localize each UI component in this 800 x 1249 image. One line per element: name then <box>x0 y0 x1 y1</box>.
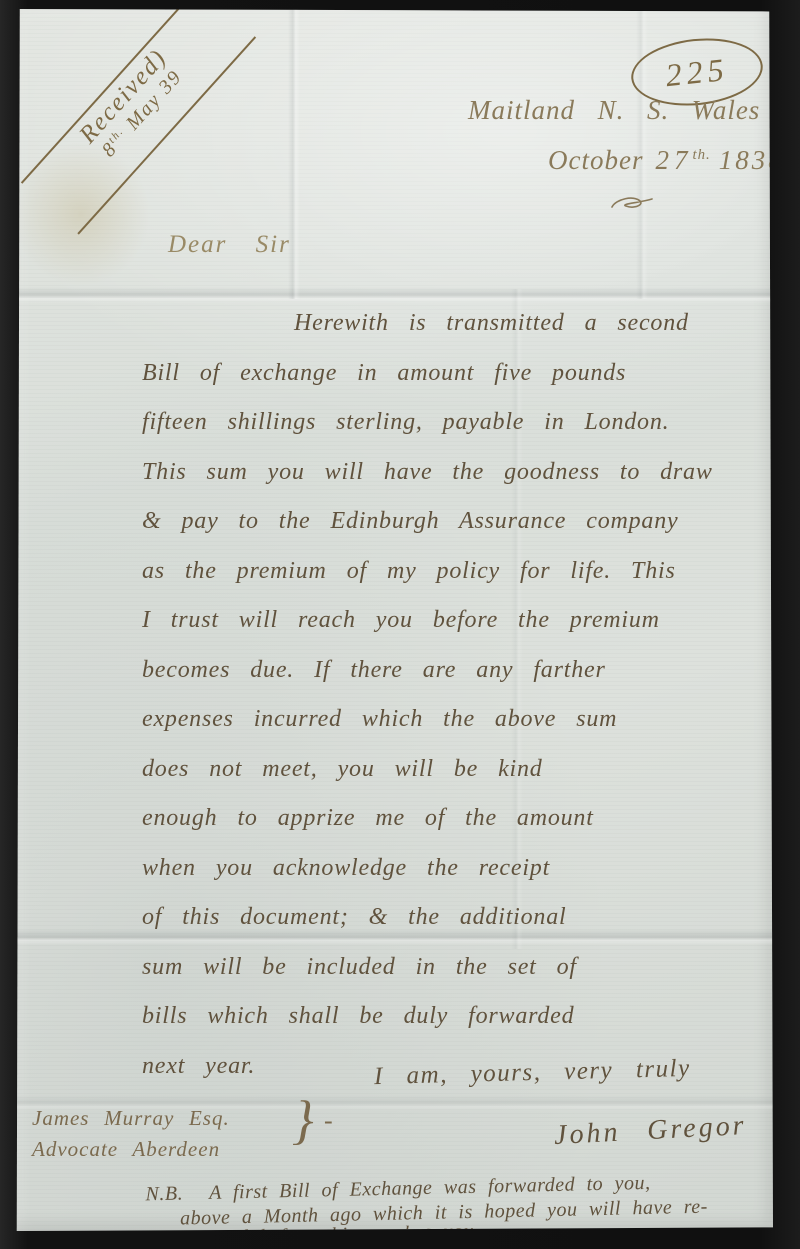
body-line: & pay to the Edinburgh Assurance company <box>142 497 773 547</box>
date-suffix: th. <box>692 147 710 163</box>
body-line: fifteen shillings sterling, payable in L… <box>142 398 773 448</box>
addressee-block: James Murray Esq. Advocate Aberdeen <box>32 1103 230 1165</box>
date-year: 1838 <box>719 145 773 175</box>
body-line: when you acknowledge the receipt <box>142 844 773 894</box>
body-line: expenses incurred which the above sum <box>142 695 773 745</box>
scan-backdrop: Received) 8th. May 39 225 Maitland N. S.… <box>0 0 800 1249</box>
body-line: sum will be included in the set of <box>142 943 773 993</box>
addressee-dash: - <box>324 1106 333 1136</box>
postscript-block: N.B.A first Bill of Exchange was forward… <box>145 1168 773 1231</box>
postscript-label: N.B. <box>145 1182 183 1205</box>
addressee-title: Advocate Aberdeen <box>32 1134 230 1165</box>
body-line: becomes due. If there are any farther <box>142 646 773 696</box>
body-line: Herewith is transmitted a second <box>142 299 773 349</box>
place-line: Maitland N. S. Wales <box>468 95 760 126</box>
letter-page: Received) 8th. May 39 225 Maitland N. S.… <box>16 9 773 1231</box>
addressee-name: James Murray Esq. <box>32 1103 230 1134</box>
folio-number: 225 <box>664 50 731 93</box>
signature: John Gregor <box>553 1110 747 1152</box>
body-line: as the premium of my policy for life. Th… <box>142 547 773 597</box>
body-line: I trust will reach you before the premiu… <box>142 596 773 646</box>
date-month: October <box>548 145 643 175</box>
date-day: 27 <box>655 145 692 175</box>
body-line: enough to apprize me of the amount <box>142 794 773 844</box>
date-line: October27th.1838 <box>548 145 773 176</box>
body-line: bills which shall be duly forwarded <box>142 992 773 1042</box>
body-line: This sum you will have the goodness to d… <box>142 448 773 498</box>
letter-body: Herewith is transmitted a second Bill of… <box>142 299 773 1091</box>
body-line: does not meet, you will be kind <box>142 745 773 795</box>
body-line: Bill of exchange in amount five pounds <box>142 349 773 399</box>
date-flourish <box>608 193 654 213</box>
salutation: Dear Sir <box>168 231 291 259</box>
received-docket-word: Received) <box>25 9 223 204</box>
addressee-brace: } <box>292 1093 314 1147</box>
body-line: of this document; & the additional <box>142 893 773 943</box>
